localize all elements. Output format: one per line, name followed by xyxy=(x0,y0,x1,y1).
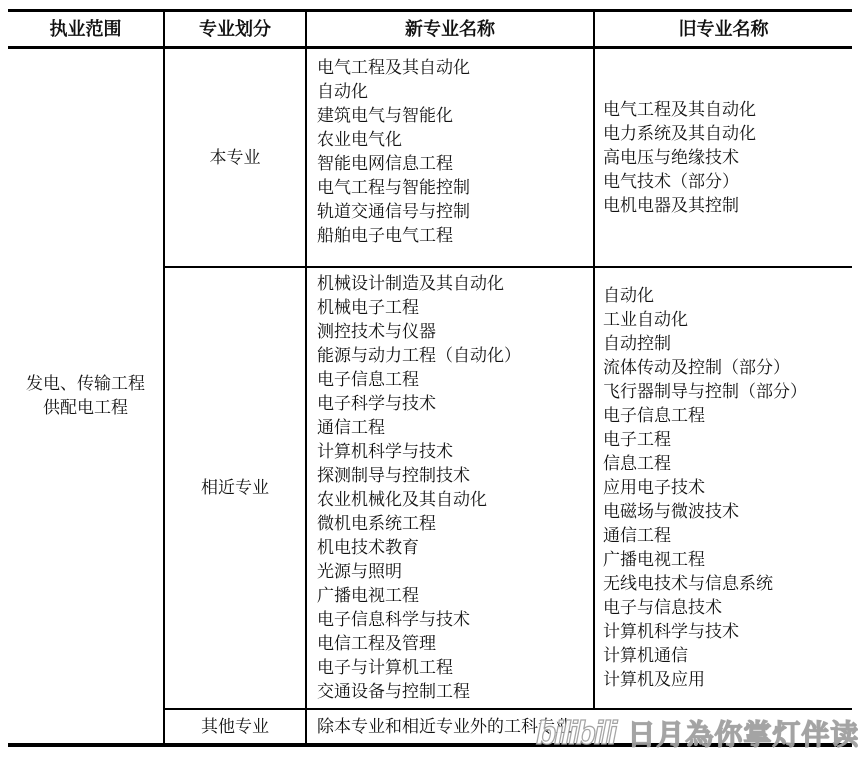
major-item: 交通设备与控制工程 xyxy=(317,680,593,704)
major-item: 建筑电气与智能化 xyxy=(317,104,593,128)
header-cell-division: 专业划分 xyxy=(163,12,305,49)
major-item: 电气技术（部分） xyxy=(603,170,852,194)
bilibili-logo: bilibili xyxy=(536,714,615,752)
majors-table: 执业范围 专业划分 新专业名称 旧专业名称 发电、传输工程 供配电工程 本专业 … xyxy=(8,9,852,747)
major-item: 广播电视工程 xyxy=(317,584,593,608)
major-item: 计算机及应用 xyxy=(603,668,852,692)
major-item: 自动控制 xyxy=(603,332,852,356)
scope-line-1: 发电、传输工程 xyxy=(26,372,145,396)
major-item: 电子科学与技术 xyxy=(317,392,593,416)
major-item: 流体传动及控制（部分） xyxy=(603,356,852,380)
major-item: 机电技术教育 xyxy=(317,536,593,560)
major-item: 电气工程与智能控制 xyxy=(317,176,593,200)
major-item: 农业机械化及其自动化 xyxy=(317,488,593,512)
major-item: 智能电网信息工程 xyxy=(317,152,593,176)
major-item: 计算机科学与技术 xyxy=(317,440,593,464)
major-item: 机械设计制造及其自动化 xyxy=(317,272,593,296)
major-item: 电子与信息技术 xyxy=(603,596,852,620)
major-item: 自动化 xyxy=(317,80,593,104)
major-item: 电子信息工程 xyxy=(603,404,852,428)
scope-text: 发电、传输工程 供配电工程 xyxy=(26,372,145,420)
major-item: 探测制导与控制技术 xyxy=(317,464,593,488)
major-item: 测控技术与仪器 xyxy=(317,320,593,344)
major-item: 无线电技术与信息系统 xyxy=(603,572,852,596)
major-item: 能源与动力工程（自动化） xyxy=(317,344,593,368)
old-majors-list-row2: 自动化工业自动化自动控制流体传动及控制（部分）飞行器制导与控制（部分）电子信息工… xyxy=(593,268,852,710)
scope-cell: 发电、传输工程 供配电工程 xyxy=(8,49,163,743)
major-item: 飞行器制导与控制（部分） xyxy=(603,380,852,404)
division-cell-qita: 其他专业 xyxy=(163,710,305,743)
major-item: 电子信息工程 xyxy=(317,368,593,392)
division-cell-benzhuanye: 本专业 xyxy=(163,49,305,268)
major-item: 光源与照明 xyxy=(317,560,593,584)
major-item: 自动化 xyxy=(603,284,852,308)
major-item: 轨道交通信号与控制 xyxy=(317,200,593,224)
new-majors-list-row2: 机械设计制造及其自动化机械电子工程测控技术与仪器能源与动力工程（自动化）电子信息… xyxy=(305,268,593,710)
major-item: 高电压与绝缘技术 xyxy=(603,146,852,170)
major-item: 电力系统及其自动化 xyxy=(603,122,852,146)
major-item: 通信工程 xyxy=(317,416,593,440)
major-item: 广播电视工程 xyxy=(603,548,852,572)
division-cell-xiangjin: 相近专业 xyxy=(163,268,305,710)
major-item: 电子工程 xyxy=(603,428,852,452)
major-item: 工业自动化 xyxy=(603,308,852,332)
scope-line-2: 供配电工程 xyxy=(26,396,145,420)
major-item: 电子与计算机工程 xyxy=(317,656,593,680)
header-cell-practice-scope: 执业范围 xyxy=(8,12,163,49)
major-item: 电气工程及其自动化 xyxy=(603,98,852,122)
major-item: 电子信息科学与技术 xyxy=(317,608,593,632)
major-item: 电磁场与微波技术 xyxy=(603,500,852,524)
new-majors-list-row1: 电气工程及其自动化自动化建筑电气与智能化农业电气化智能电网信息工程电气工程与智能… xyxy=(305,49,593,268)
major-item: 通信工程 xyxy=(603,524,852,548)
major-item: 计算机科学与技术 xyxy=(603,620,852,644)
major-item: 应用电子技术 xyxy=(603,476,852,500)
watermark-text: 日月為你掌灯伴读 xyxy=(627,713,858,753)
header-cell-old-major: 旧专业名称 xyxy=(593,12,852,49)
major-item: 机械电子工程 xyxy=(317,296,593,320)
major-item: 计算机通信 xyxy=(603,644,852,668)
document-page: 执业范围 专业划分 新专业名称 旧专业名称 发电、传输工程 供配电工程 本专业 … xyxy=(0,0,858,757)
header-cell-new-major: 新专业名称 xyxy=(305,12,593,49)
major-item: 信息工程 xyxy=(603,452,852,476)
major-item: 船舶电子电气工程 xyxy=(317,224,593,248)
old-majors-list-row1: 电气工程及其自动化电力系统及其自动化高电压与绝缘技术电气技术（部分）电机电器及其… xyxy=(593,49,852,268)
major-item: 电机电器及其控制 xyxy=(603,194,852,218)
watermark: bilibili 日月為你掌灯伴读 xyxy=(536,709,858,757)
major-item: 微机电系统工程 xyxy=(317,512,593,536)
major-item: 电信工程及管理 xyxy=(317,632,593,656)
major-item: 电气工程及其自动化 xyxy=(317,56,593,80)
major-item: 农业电气化 xyxy=(317,128,593,152)
